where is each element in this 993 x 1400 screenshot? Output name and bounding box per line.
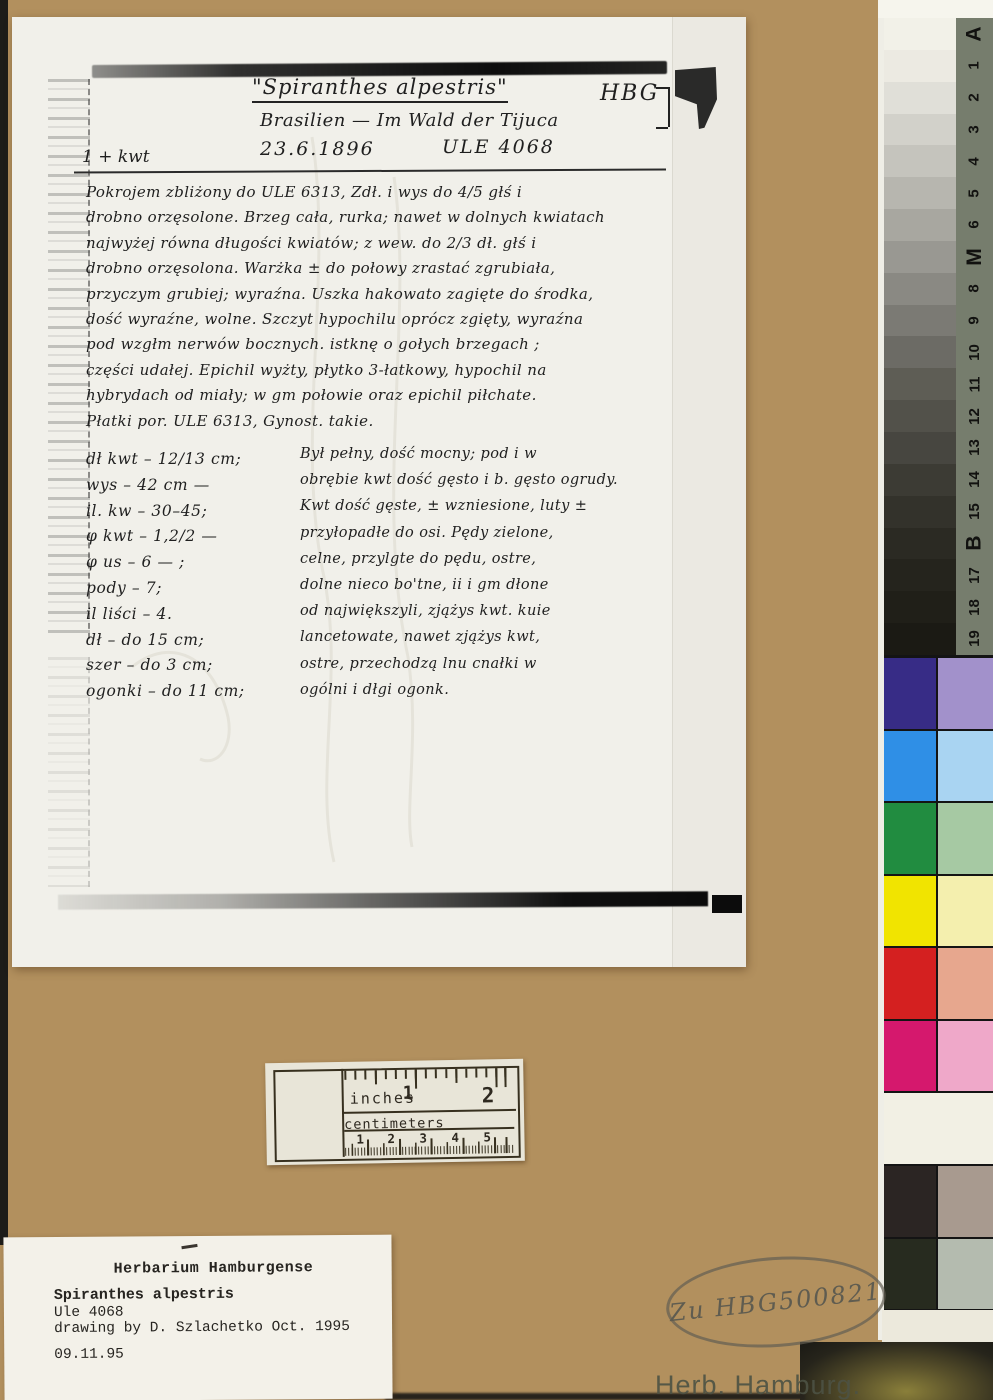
herbarium-scan: HBG "Spiranthes alpestris" Brasilien — I… bbox=[0, 0, 993, 1400]
calibration-bar: A123456M89101112131415B171819 bbox=[878, 0, 993, 1400]
color-chart-row bbox=[884, 1093, 993, 1166]
measurement-list: dł kwt – 12/13 cm;wys – 42 cm —il. kw – … bbox=[86, 447, 291, 705]
measurement-line: ogonki – do 11 cm; bbox=[86, 679, 291, 705]
grayscale-label: 6 bbox=[956, 209, 993, 241]
color-chart-row bbox=[884, 1021, 993, 1094]
gray-step bbox=[884, 114, 956, 146]
gray-step bbox=[884, 50, 956, 82]
collection-number: ULE 4068 bbox=[442, 136, 555, 158]
gray-step bbox=[884, 623, 956, 655]
pencil-oval-stamp: Zu HBG500821 bbox=[663, 1249, 889, 1354]
gray-step bbox=[884, 336, 956, 368]
cm-number: 3 bbox=[419, 1130, 427, 1145]
handwritten-line: przyłopadłe do osi. Pędy zielone, bbox=[300, 520, 668, 546]
collection-location: Brasilien — Im Wald der Tijuca bbox=[260, 110, 559, 131]
handwritten-line: celne, przylgte do pędu, ostre, bbox=[300, 546, 668, 572]
measurement-line: pody – 7; bbox=[86, 576, 291, 602]
cm-number: 1 bbox=[356, 1132, 364, 1147]
handwritten-line: przyczym grubiej; wyraźna. Uszka hakowat… bbox=[86, 282, 671, 307]
color-chart-row bbox=[884, 803, 993, 876]
cm-number: 4 bbox=[451, 1130, 459, 1145]
handwritten-line: części udałej. Epichil wyżty, płytko 3-ł… bbox=[86, 358, 671, 383]
institution-name: Herbarium Hamburgense bbox=[114, 1259, 314, 1277]
handwritten-line: Pokrojem zbliżony do ULE 6313, Zdł. i wy… bbox=[86, 180, 671, 205]
grayscale-label: 10 bbox=[956, 336, 993, 368]
inch-number: 2 bbox=[482, 1083, 495, 1107]
handwritten-line: drobno orzęsolona. Warżka ± do połowy zr… bbox=[86, 256, 671, 281]
pencil-mark bbox=[181, 1244, 197, 1249]
grayscale-label: M bbox=[956, 241, 993, 273]
body-text: Pokrojem zbliżony do ULE 6313, Zdł. i wy… bbox=[86, 180, 671, 434]
herbarium-label: Herbarium Hamburgense Spiranthes alpestr… bbox=[3, 1235, 392, 1400]
collection-date: 23.6.1896 bbox=[260, 138, 375, 160]
grayscale-label: 8 bbox=[956, 273, 993, 305]
handwritten-line: dość wyraźne, wolne. Szczyt hypochilu op… bbox=[86, 307, 671, 332]
species-title: "Spiranthes alpestris" bbox=[252, 75, 508, 103]
color-chart-row bbox=[884, 1239, 993, 1312]
grayscale-label: 14 bbox=[956, 464, 993, 496]
grayscale-label: 13 bbox=[956, 432, 993, 464]
scanner-edge bbox=[0, 0, 8, 1245]
calibration-bottom-strip bbox=[882, 1310, 993, 1342]
gray-step bbox=[884, 432, 956, 464]
cm-number: 5 bbox=[483, 1129, 491, 1144]
gray-step bbox=[884, 18, 956, 50]
grayscale-labels: A123456M89101112131415B171819 bbox=[956, 18, 993, 655]
grayscale-label: 17 bbox=[956, 559, 993, 591]
handwritten-line: ostre, przechodzą lnu cnałki w bbox=[300, 651, 668, 677]
handwritten-line: ogólni i dłgi ogonk. bbox=[300, 677, 668, 703]
gray-step bbox=[884, 496, 956, 528]
gray-step bbox=[884, 528, 956, 560]
measurement-line: dł – do 15 cm; bbox=[86, 628, 291, 654]
hbg-code: HBG bbox=[600, 81, 659, 106]
gray-step bbox=[884, 273, 956, 305]
count-note: 1 + kwt bbox=[82, 147, 150, 167]
gray-step bbox=[884, 177, 956, 209]
herb-hamburg-footer: Herb. Hamburg. bbox=[655, 1370, 875, 1400]
measurement-line: dł kwt – 12/13 cm; bbox=[86, 447, 291, 473]
gray-step bbox=[884, 464, 956, 496]
description-column: Był pełny, dość mocny; pod i wobrębie kw… bbox=[300, 441, 668, 703]
color-chart-row bbox=[884, 731, 993, 804]
gray-step bbox=[884, 209, 956, 241]
grayscale-label: 12 bbox=[956, 400, 993, 432]
gray-step bbox=[884, 591, 956, 623]
grayscale-label: 11 bbox=[956, 368, 993, 400]
measurement-line: φ us – 6 — ; bbox=[86, 550, 291, 576]
measurement-line: szer – do 3 cm; bbox=[86, 653, 291, 679]
grayscale-label: 19 bbox=[956, 623, 993, 655]
handwritten-line: Był pełny, dość mocny; pod i w bbox=[300, 441, 668, 467]
gray-step bbox=[884, 145, 956, 177]
handwritten-line: Kwt dość gęste, ± wzniesione, luty ± bbox=[300, 493, 668, 519]
color-chart-row bbox=[884, 1166, 993, 1239]
gray-step bbox=[884, 241, 956, 273]
label-date: 09.11.95 bbox=[54, 1347, 124, 1363]
label-species: Spiranthes alpestris bbox=[54, 1286, 234, 1304]
gray-step bbox=[884, 368, 956, 400]
grayscale-label: A bbox=[956, 18, 993, 50]
handwritten-line: hybrydach od miały; w gm połowie oraz ep… bbox=[86, 383, 671, 408]
grayscale-label: B bbox=[956, 528, 993, 560]
handwritten-line: drobno orzęsolone. Brzeg cała, rurka; na… bbox=[86, 205, 671, 230]
label-drawing-credit: drawing by D. Szlachetko Oct. 1995 bbox=[54, 1319, 350, 1337]
inch-number: 1 bbox=[402, 1083, 413, 1104]
photocopy-streak-block bbox=[712, 895, 742, 913]
measurement-line: il. kw – 30–45; bbox=[86, 499, 291, 525]
grayscale-label: 9 bbox=[956, 305, 993, 337]
grayscale-label: 2 bbox=[956, 82, 993, 114]
grayscale-label: 1 bbox=[956, 50, 993, 82]
handwritten-line: od największyli, zjążys kwt. kuie bbox=[300, 598, 668, 624]
handwritten-line: lancetowate, nawet zjążys kwt, bbox=[300, 624, 668, 650]
handwritten-line: najwyżej równa długości kwiatów; z wew. … bbox=[86, 231, 671, 256]
grayscale-label: 18 bbox=[956, 591, 993, 623]
measurement-line: il liści – 4. bbox=[86, 602, 291, 628]
color-chart-row bbox=[884, 876, 993, 949]
gray-step bbox=[884, 82, 956, 114]
handwritten-line: dolne nieco bo'tne, ii i gm dłone bbox=[300, 572, 668, 598]
measurement-line: wys – 42 cm — bbox=[86, 473, 291, 499]
ruler: inches centimeters 1212345 bbox=[265, 1059, 525, 1165]
grayscale-steps bbox=[884, 18, 956, 655]
gray-step bbox=[884, 305, 956, 337]
handwritten-line: Płatki por. ULE 6313, Gynost. takie. bbox=[86, 409, 671, 434]
color-chart-row bbox=[884, 948, 993, 1021]
color-chart-row bbox=[884, 658, 993, 731]
grayscale-label: 4 bbox=[956, 145, 993, 177]
grayscale-label: 5 bbox=[956, 177, 993, 209]
page-edge-strip bbox=[672, 17, 746, 967]
calibration-top-strip bbox=[878, 0, 993, 18]
photocopy-edge-artifacts-lower bbox=[48, 657, 90, 887]
handwritten-line: pod wzgłm nerwów bocznych. istknę o goły… bbox=[86, 332, 671, 357]
color-chart bbox=[884, 655, 993, 1311]
gray-step bbox=[884, 559, 956, 591]
registration-bracket bbox=[656, 87, 670, 127]
measurement-line: φ kwt – 1,2/2 — bbox=[86, 524, 291, 550]
label-collection: Ule 4068 bbox=[54, 1305, 124, 1321]
handwritten-line: obrębie kwt dość gęsto i b. gęsto ogrudy… bbox=[300, 467, 668, 493]
gray-step bbox=[884, 400, 956, 432]
stamp-text: Zu HBG500821 bbox=[668, 1277, 883, 1327]
grayscale-label: 3 bbox=[956, 114, 993, 146]
grayscale-label: 15 bbox=[956, 496, 993, 528]
photocopy-sheet: HBG "Spiranthes alpestris" Brasilien — I… bbox=[12, 17, 745, 967]
cm-number: 2 bbox=[387, 1131, 395, 1146]
